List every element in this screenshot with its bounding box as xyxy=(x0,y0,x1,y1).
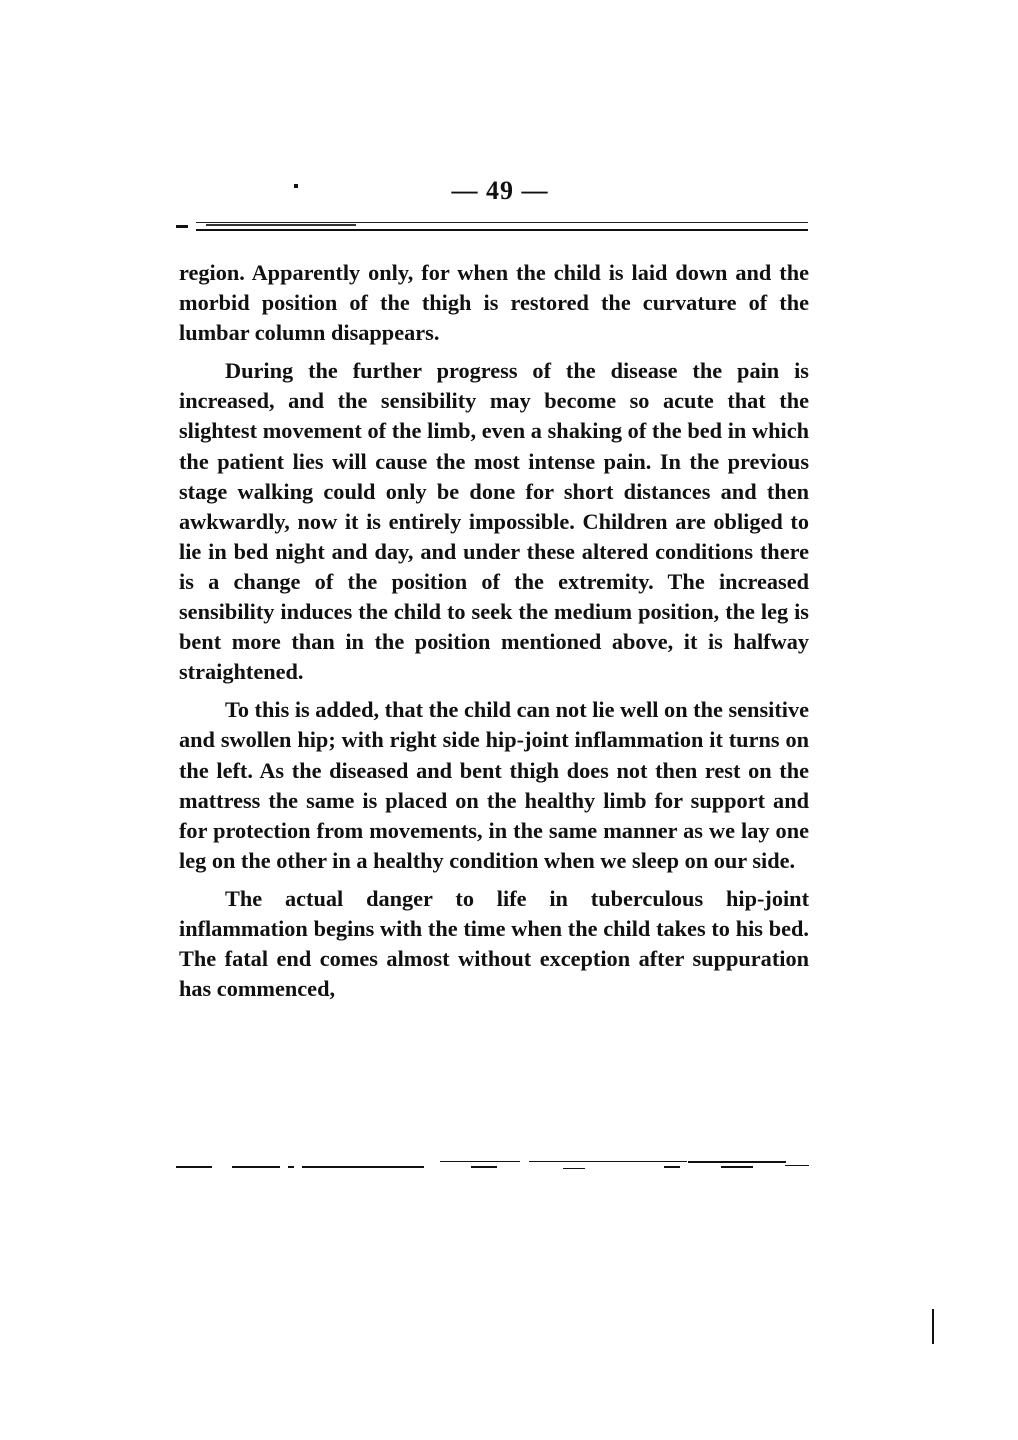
rule-thin-line xyxy=(196,222,808,223)
paragraph-4: The actual danger to life in tuberculous… xyxy=(179,884,809,1004)
page-number: — 49 — xyxy=(440,176,560,206)
rule-segment xyxy=(176,1166,212,1168)
rule-segment xyxy=(785,1165,809,1166)
ink-speck xyxy=(294,184,298,188)
rule-thick-line xyxy=(196,229,808,231)
rule-segment xyxy=(440,1161,520,1162)
rule-segment xyxy=(471,1166,497,1168)
rule-segment xyxy=(664,1166,680,1168)
rule-segment xyxy=(288,1166,294,1168)
rule-fragment xyxy=(206,224,356,226)
rule-fragment xyxy=(176,225,188,228)
footer-rule xyxy=(176,1160,808,1170)
body-text: region. Apparently only, for when the ch… xyxy=(179,258,809,1012)
rule-segment xyxy=(563,1168,585,1169)
rule-segment xyxy=(721,1166,753,1168)
paragraph-1: region. Apparently only, for when the ch… xyxy=(179,258,809,348)
margin-mark xyxy=(932,1309,934,1344)
paragraph-3: To this is added, that the child can not… xyxy=(179,695,809,876)
rule-segment xyxy=(688,1161,786,1163)
rule-segment xyxy=(529,1161,687,1162)
document-page: — 49 — region. Apparently only, for when… xyxy=(0,0,1018,1440)
paragraph-2: During the further progress of the disea… xyxy=(179,356,809,687)
rule-segment xyxy=(232,1166,280,1168)
rule-segment xyxy=(302,1166,424,1168)
